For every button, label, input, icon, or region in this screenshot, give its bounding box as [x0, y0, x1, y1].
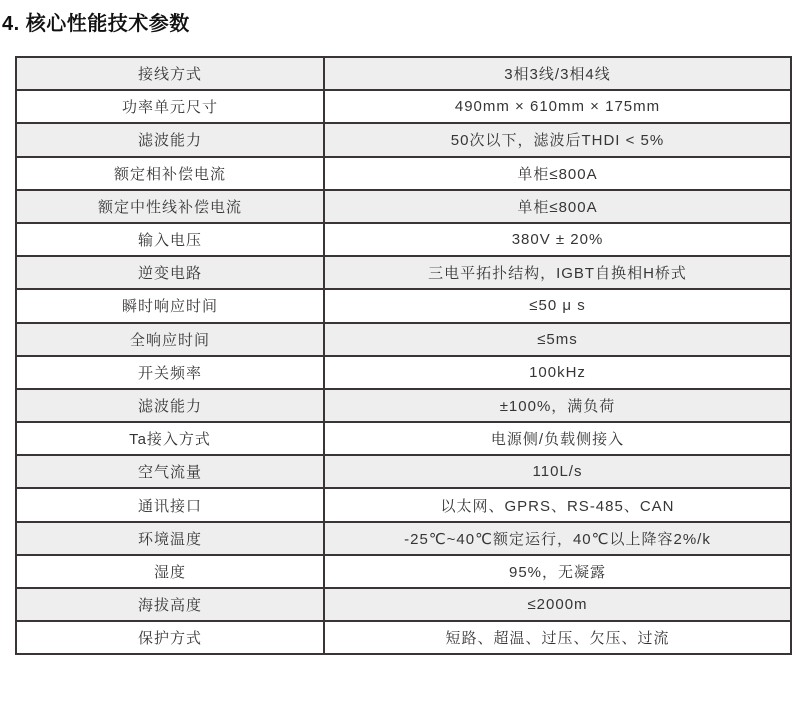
spec-label-cell: 接线方式: [16, 57, 324, 90]
table-row: 空气流量 110L/s: [16, 455, 791, 488]
table-row: 输入电压 380V ± 20%: [16, 223, 791, 256]
spec-label-cell: 开关频率: [16, 356, 324, 389]
table-row: 湿度 95%，无凝露: [16, 555, 791, 588]
table-row: 滤波能力 ±100%，满负荷: [16, 389, 791, 422]
spec-table: 接线方式 3相3线/3相4线 功率单元尺寸 490mm × 610mm × 17…: [15, 56, 792, 655]
spec-label-cell: 环境温度: [16, 522, 324, 555]
spec-value-cell: ≤5ms: [324, 323, 791, 356]
spec-label-cell: 全响应时间: [16, 323, 324, 356]
table-row: 瞬时响应时间 ≤50 μ s: [16, 289, 791, 322]
spec-label-cell: Ta接入方式: [16, 422, 324, 455]
table-row: 接线方式 3相3线/3相4线: [16, 57, 791, 90]
spec-label-cell: 湿度: [16, 555, 324, 588]
table-row: 额定中性线补偿电流 单柜≤800A: [16, 190, 791, 223]
table-row: 环境温度 -25℃~40℃额定运行，40℃以上降容2%/k: [16, 522, 791, 555]
spec-value-cell: 短路、超温、过压、欠压、过流: [324, 621, 791, 654]
table-row: 全响应时间 ≤5ms: [16, 323, 791, 356]
spec-value-cell: 100kHz: [324, 356, 791, 389]
table-row: 功率单元尺寸 490mm × 610mm × 175mm: [16, 90, 791, 123]
spec-label-cell: 通讯接口: [16, 488, 324, 521]
spec-value-cell: 490mm × 610mm × 175mm: [324, 90, 791, 123]
spec-label-cell: 空气流量: [16, 455, 324, 488]
spec-label-cell: 额定中性线补偿电流: [16, 190, 324, 223]
spec-value-cell: 单柜≤800A: [324, 190, 791, 223]
spec-value-cell: 3相3线/3相4线: [324, 57, 791, 90]
spec-value-cell: -25℃~40℃额定运行，40℃以上降容2%/k: [324, 522, 791, 555]
table-row: 逆变电路 三电平拓扑结构，IGBT自换相H桥式: [16, 256, 791, 289]
spec-value-cell: 三电平拓扑结构，IGBT自换相H桥式: [324, 256, 791, 289]
spec-value-cell: 380V ± 20%: [324, 223, 791, 256]
spec-label-cell: 额定相补偿电流: [16, 157, 324, 190]
spec-value-cell: 以太网、GPRS、RS-485、CAN: [324, 488, 791, 521]
spec-label-cell: 功率单元尺寸: [16, 90, 324, 123]
spec-label-cell: 海拔高度: [16, 588, 324, 621]
spec-label-cell: 保护方式: [16, 621, 324, 654]
spec-label-cell: 滤波能力: [16, 389, 324, 422]
table-row: 额定相补偿电流 单柜≤800A: [16, 157, 791, 190]
spec-value-cell: ≤2000m: [324, 588, 791, 621]
spec-value-cell: 110L/s: [324, 455, 791, 488]
table-row: Ta接入方式 电源侧/负载侧接入: [16, 422, 791, 455]
table-row: 通讯接口 以太网、GPRS、RS-485、CAN: [16, 488, 791, 521]
spec-value-cell: ±100%，满负荷: [324, 389, 791, 422]
spec-label-cell: 输入电压: [16, 223, 324, 256]
table-row: 海拔高度 ≤2000m: [16, 588, 791, 621]
spec-table-body: 接线方式 3相3线/3相4线 功率单元尺寸 490mm × 610mm × 17…: [16, 57, 791, 654]
spec-label-cell: 瞬时响应时间: [16, 289, 324, 322]
spec-value-cell: 50次以下，滤波后THDI < 5%: [324, 123, 791, 156]
table-row: 保护方式 短路、超温、过压、欠压、过流: [16, 621, 791, 654]
spec-value-cell: ≤50 μ s: [324, 289, 791, 322]
spec-label-cell: 滤波能力: [16, 123, 324, 156]
spec-value-cell: 95%，无凝露: [324, 555, 791, 588]
spec-label-cell: 逆变电路: [16, 256, 324, 289]
table-row: 滤波能力 50次以下，滤波后THDI < 5%: [16, 123, 791, 156]
spec-value-cell: 电源侧/负载侧接入: [324, 422, 791, 455]
table-row: 开关频率 100kHz: [16, 356, 791, 389]
page-title: 4. 核心性能技术参数: [2, 13, 807, 36]
spec-value-cell: 单柜≤800A: [324, 157, 791, 190]
